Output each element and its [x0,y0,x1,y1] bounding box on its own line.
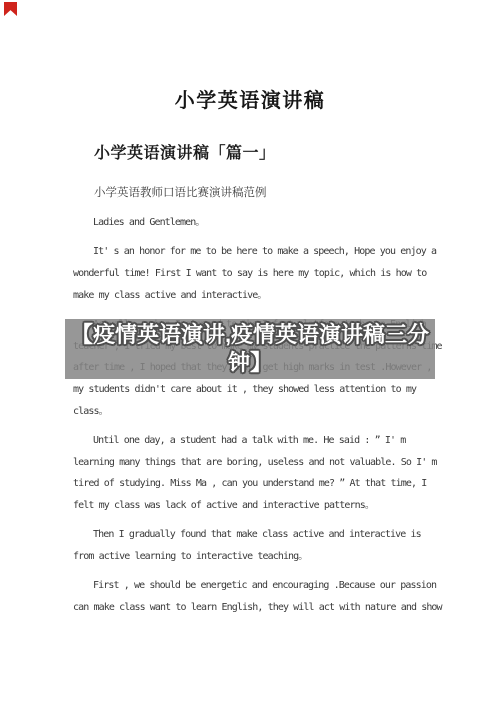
document-body: Ladies and Gentlemen。 It' s an honor for… [73,212,448,626]
text-line: make my class active and interactive。 [73,285,448,307]
paragraph: Then I gradually found that make class a… [73,524,448,567]
section-subheading: 小学英语教师口语比赛演讲稿范例 [94,184,267,200]
text-line: my students didn't care about it , they … [73,379,448,401]
text-line: First , we should be energetic and encou… [73,575,448,597]
paragraph: First , we should be energetic and encou… [73,575,448,618]
red-ribbon-icon [4,2,17,16]
watermark-text-line: 钟】 [228,349,272,377]
text-line: Ladies and Gentlemen。 [73,212,448,234]
watermark-text-line: 【疫情英语演讲,疫情英语演讲稿三分 [71,321,429,349]
text-line: Until one day, a student had a talk with… [73,430,448,452]
text-line: class。 [73,401,448,423]
paragraph: Until one day, a student had a talk with… [73,430,448,517]
text-line: from active learning to interactive teac… [73,546,448,568]
text-line: It' s an honor for me to be here to make… [73,241,448,263]
text-line: wonderful time! First I want to say is h… [73,263,448,285]
document-title: 小学英语演讲稿 [0,84,500,113]
text-line: can make class want to learn English, th… [73,597,448,619]
paragraph: It' s an honor for me to be here to make… [73,241,448,306]
section-heading: 小学英语演讲稿「篇一」 [94,140,276,163]
text-line: tired of studying. Miss Ma , can you und… [73,473,448,495]
paragraph: Ladies and Gentlemen。 [73,212,448,234]
document-page: 小学英语演讲稿 小学英语演讲稿「篇一」 小学英语教师口语比赛演讲稿范例 Ladi… [0,0,500,706]
watermark-overlay: 【疫情英语演讲,疫情英语演讲稿三分 钟】 [65,319,435,379]
text-line: felt my class was lack of active and int… [73,495,448,517]
text-line: learning many things that are boring, us… [73,452,448,474]
text-line: Then I gradually found that make class a… [73,524,448,546]
